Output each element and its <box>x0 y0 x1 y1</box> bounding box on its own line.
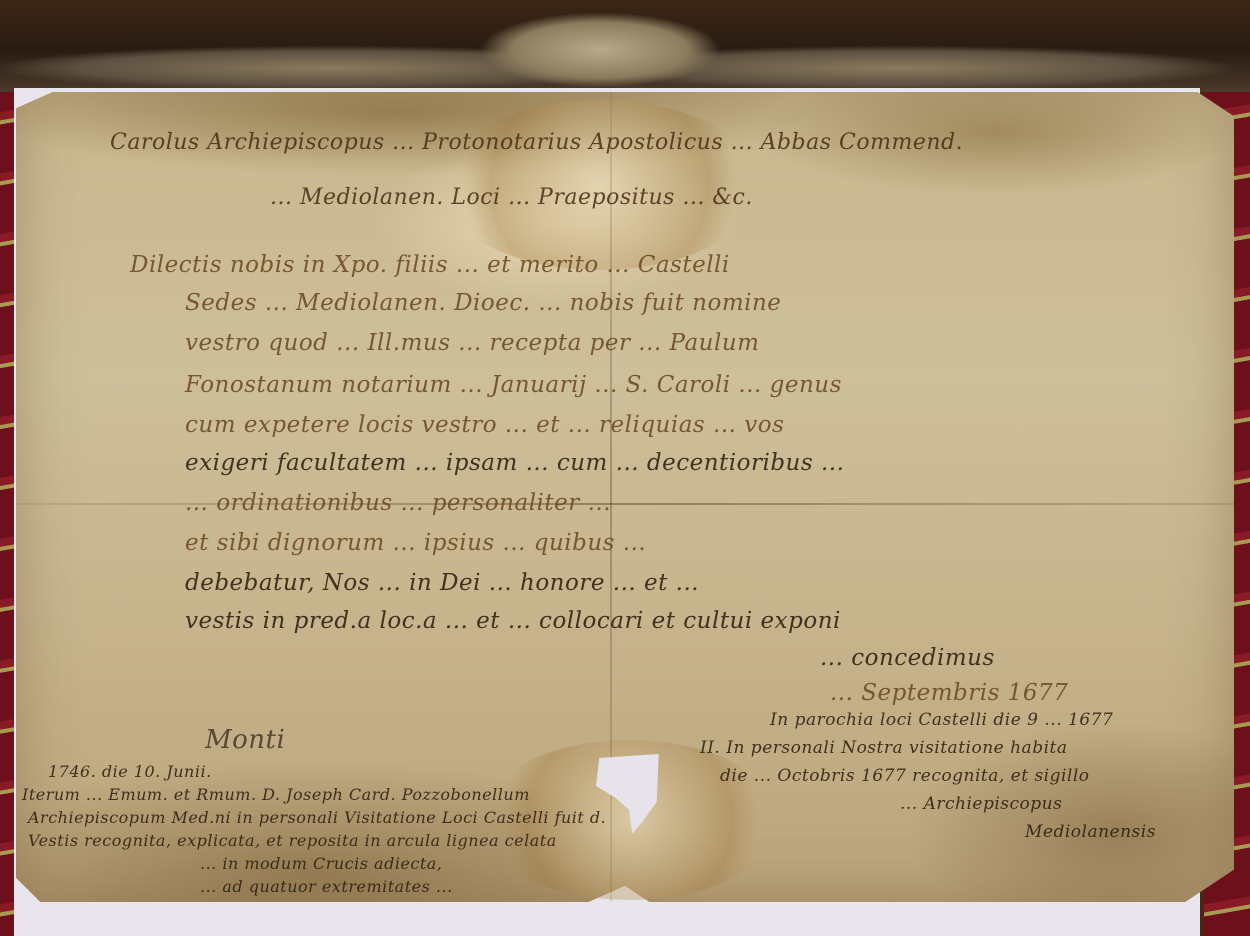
body-line: cum expetere locis vestro ... et ... rel… <box>185 412 784 438</box>
body-line: Fonostanum notarium ... Januarij ... S. … <box>185 372 842 398</box>
annotation-line: die ... Octobris 1677 recognita, et sigi… <box>720 766 1090 786</box>
heading-line-2: ... Mediolanen. Loci ... Praepositus ...… <box>270 185 753 210</box>
body-line: vestro quod ... Ill.mus ... recepta per … <box>185 330 759 356</box>
body-line: Sedes ... Mediolanen. Dioec. ... nobis f… <box>185 290 781 316</box>
annotation-line: Iterum ... Emum. et Rmum. D. Joseph Card… <box>22 785 530 804</box>
ornate-frame-crest <box>0 0 1250 92</box>
body-line: vestis in pred.a loc.a ... et ... colloc… <box>185 608 841 634</box>
heading-line-1: Carolus Archiepiscopus ... Protonotarius… <box>110 130 963 155</box>
signature: Monti <box>205 725 285 755</box>
annotation-line: Archiepiscopum Med.ni in personali Visit… <box>28 808 606 827</box>
body-line: ... concedimus <box>820 645 995 671</box>
body-line: exigeri facultatem ... ipsam ... cum ...… <box>185 450 844 476</box>
annotation-line: ... ad quatuor extremitates ... <box>200 877 453 896</box>
annotation-line: In parochia loci Castelli die 9 ... 1677 <box>770 710 1113 730</box>
body-line: Dilectis nobis in Xpo. filiis ... et mer… <box>130 252 730 278</box>
annotation-line: Mediolanensis <box>1025 822 1156 842</box>
annotation-date: 1746. die 10. Junii. <box>48 762 212 781</box>
annotation-line: ... in modum Crucis adiecta, <box>200 854 442 873</box>
body-line: ... ordinationibus ... personaliter ... <box>185 490 611 516</box>
body-line: et sibi dignorum ... ipsius ... quibus .… <box>185 530 646 556</box>
body-line: ... Septembris 1677 <box>830 680 1068 706</box>
body-line: debebatur, Nos ... in Dei ... honore ...… <box>185 570 699 596</box>
annotation-line: Vestis recognita, explicata, et reposita… <box>28 831 557 850</box>
annotation-line: ... Archiepiscopus <box>900 794 1062 814</box>
annotation-line: II. In personali Nostra visitatione habi… <box>700 738 1067 758</box>
